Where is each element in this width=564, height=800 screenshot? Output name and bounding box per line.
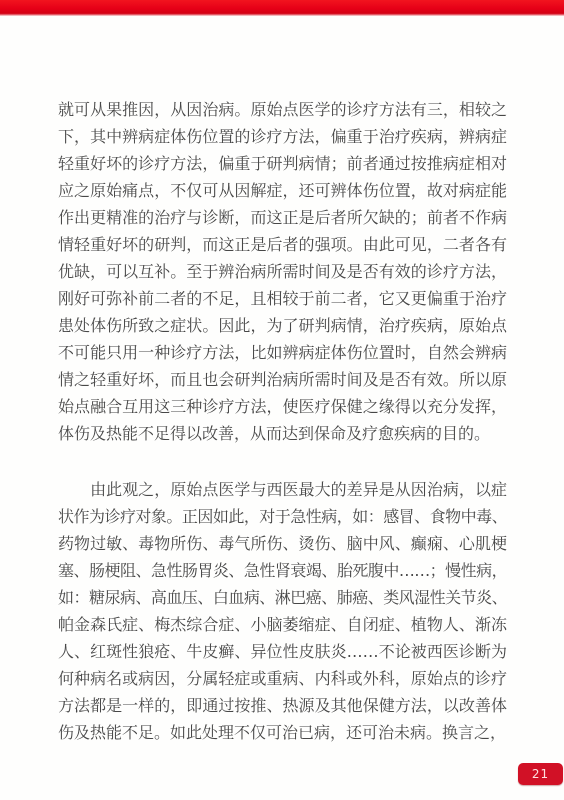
text-line: 患处体伤所致之症状。因此，为了研判病情，治疗疾病，原始点 [58, 312, 507, 339]
paragraph: 由此观之，原始点医学与西医最大的差异是从因治病，以症状作为诊疗对象。正因如此，对… [58, 476, 507, 746]
text-line: 就可从果推因，从因治病。原始点医学的诊疗方法有三，相较之 [58, 96, 507, 123]
paragraph: 就可从果推因，从因治病。原始点医学的诊疗方法有三，相较之下，其中辨病症体伤位置的… [58, 96, 507, 447]
text-line: 情轻重好坏的研判，而这正是后者的强项。由此可见，二者各有 [58, 231, 507, 258]
text-line: 轻重好坏的诊疗方法，偏重于研判病情；前者通过按推病症相对 [58, 150, 507, 177]
page-number-badge: 21 [518, 763, 563, 785]
page-number: 21 [518, 763, 563, 785]
text-line: 始点融合互用这三种诊疗方法，使医疗保健之缘得以充分发挥， [58, 393, 507, 420]
text-line: 伤及热能不足。如此处理不仅可治已病，还可治未病。换言之， [58, 719, 507, 746]
text-line: 方法都是一样的，即通过按推、热源及其他保健方法，以改善体 [58, 692, 507, 719]
top-accent-bar [0, 0, 564, 16]
text-line: 作出更精准的治疗与诊断，而这正是后者所欠缺的；前者不作病 [58, 204, 507, 231]
text-line: 应之原始痛点，不仅可从因解症，还可辨体伤位置，故对病症能 [58, 177, 507, 204]
text-line: 何种病名或病因，分属轻症或重病、内科或外科，原始点的诊疗 [58, 665, 507, 692]
text-line: 体伤及热能不足得以改善，从而达到保命及疗愈疾病的目的。 [58, 420, 507, 447]
text-line: 状作为诊疗对象。正因如此，对于急性病，如：感冒、食物中毒、 [58, 503, 507, 530]
text-line: 药物过敏、毒物所伤、毒气所伤、烫伤、脑中风、癫痫、心肌梗 [58, 530, 507, 557]
text-line: 帕金森氏症、梅杰综合症、小脑萎缩症、自闭症、植物人、渐冻 [58, 611, 507, 638]
text-line: 如：糖尿病、高血压、白血病、淋巴癌、肺癌、类风湿性关节炎、 [58, 584, 507, 611]
text-line: 优缺，可以互补。至于辨治病所需时间及是否有效的诊疗方法， [58, 258, 507, 285]
book-page: 就可从果推因，从因治病。原始点医学的诊疗方法有三，相较之下，其中辨病症体伤位置的… [0, 0, 564, 800]
text-line: 由此观之，原始点医学与西医最大的差异是从因治病，以症 [58, 476, 507, 503]
text-line: 不可能只用一种诊疗方法，比如辨病症体伤位置时，自然会辨病 [58, 339, 507, 366]
text-line: 下，其中辨病症体伤位置的诊疗方法，偏重于治疗疾病，辨病症 [58, 123, 507, 150]
text-line: 人、红斑性狼疮、牛皮癣、异位性皮肤炎……不论被西医诊断为 [58, 638, 507, 665]
text-line: 情之轻重好坏，而且也会研判治病所需时间及是否有效。所以原 [58, 366, 507, 393]
text-line: 刚好可弥补前二者的不足，且相较于前二者，它又更偏重于治疗 [58, 285, 507, 312]
page-text: 就可从果推因，从因治病。原始点医学的诊疗方法有三，相较之下，其中辨病症体伤位置的… [58, 96, 507, 746]
text-line: 塞、肠梗阻、急性肠胃炎、急性肾衰竭、胎死腹中……；慢性病， [58, 557, 507, 584]
